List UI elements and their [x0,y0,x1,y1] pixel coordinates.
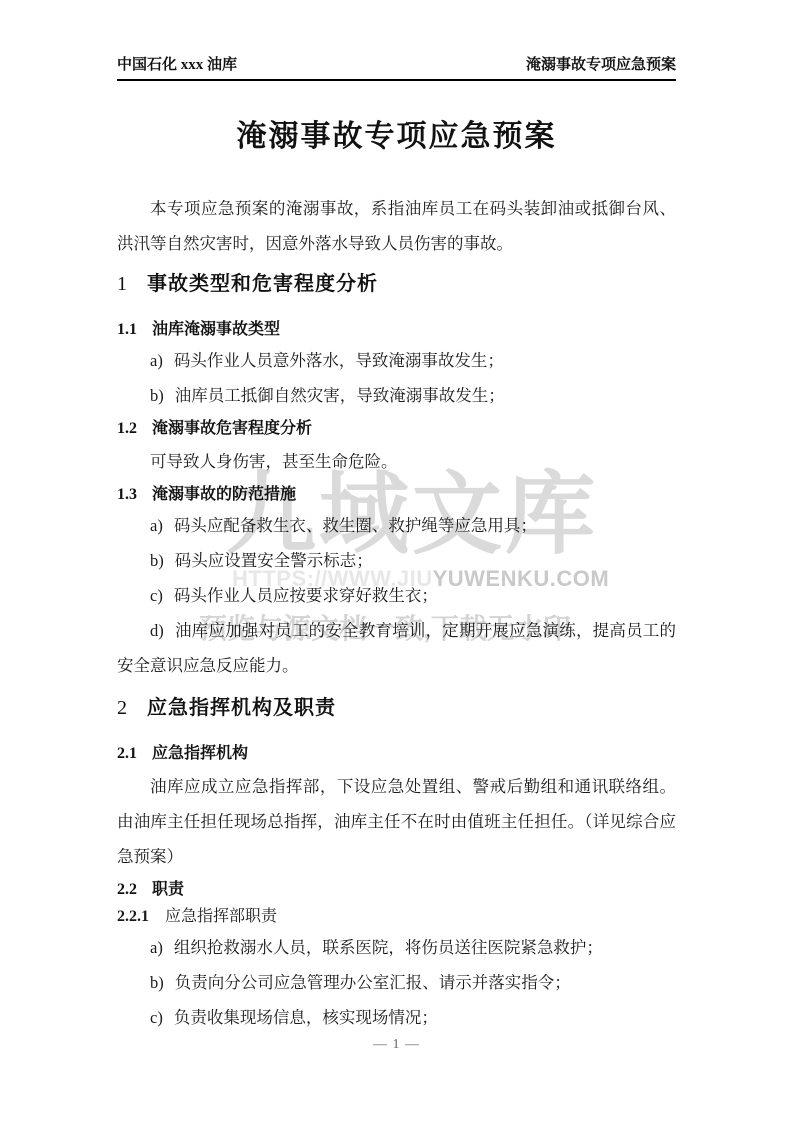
list-item-label: b) [150,551,164,570]
header-company: 中国石化 xxx 油库 [117,55,237,75]
list-item-label: a) [150,938,163,957]
list-item-text: 组织抢救溺水人员，联系医院，将伤员送往医院紧急救护； [174,938,603,957]
list-item-text: 码头作业人员意外落水，导致淹溺事故发生； [174,351,504,370]
list-item: d)油库应加强对员工的安全教育培训，定期开展应急演练，提高员工的安全意识应急反应… [117,613,676,683]
list-item: b)负责向分公司应急管理办公室汇报、请示并落实指令； [117,965,676,1000]
section-1-title: 事故类型和危害程度分析 [147,273,378,295]
list-item-text: 码头作业人员应按要求穿好救生衣； [174,586,438,605]
section-2-number: 2 [117,693,127,724]
list-item-text: 负责向分公司应急管理办公室汇报、请示并落实指令； [175,973,571,992]
section-1-2-heading: 1.2淹溺事故危害程度分析 [117,415,676,442]
list-item-label: d) [150,621,164,640]
section-1-3-title: 淹溺事故的防范措施 [152,486,296,503]
section-2-2-heading: 2.2职责 [117,876,676,903]
list-item: b)码头应设置安全警示标志； [117,543,676,578]
list-item-text: 油库应加强对员工的安全教育培训，定期开展应急演练，提高员工的安全意识应急反应能力… [117,621,676,675]
section-1-2-body: 可导致人身伤害，甚至生命危险。 [117,444,676,479]
document-page: 九域文库 HTTPS://WWW.JIUYUWENKU.COM 预览与源文档一致… [0,0,793,1122]
list-item-label: a) [150,516,163,535]
section-1-heading: 1事故类型和危害程度分析 [117,269,676,300]
section-2-1-heading: 2.1应急指挥机构 [117,740,676,767]
section-2-2-title: 职责 [152,881,184,898]
section-1-2-title: 淹溺事故危害程度分析 [152,420,312,437]
document-title: 淹溺事故专项应急预案 [117,117,676,157]
section-2-2-1-title: 应急指挥部职责 [165,908,277,925]
section-2-2-number: 2.2 [117,876,137,903]
running-header: 中国石化 xxx 油库 淹溺事故专项应急预案 [117,55,676,81]
page-number: — 1 — [0,1036,793,1054]
list-item-text: 码头应配备救生衣、救生圈、救护绳等应急用具； [174,516,537,535]
section-1-1-heading: 1.1油库淹溺事故类型 [117,316,676,343]
section-1-number: 1 [117,269,127,300]
section-1-3-heading: 1.3淹溺事故的防范措施 [117,481,676,508]
list-item-text: 码头应设置安全警示标志； [175,551,373,570]
list-item-label: c) [150,586,163,605]
section-2-1-body: 油库应成立应急指挥部，下设应急处置组、警戒后勤组和通讯联络组。由油库主任担任现场… [117,769,676,874]
list-item-label: b) [150,973,164,992]
list-item-text: 油库员工抵御自然灾害，导致淹溺事故发生； [175,386,505,405]
section-1-2-number: 1.2 [117,415,137,442]
intro-paragraph: 本专项应急预案的淹溺事故，系指油库员工在码头装卸油或抵御台风、洪汛等自然灾害时，… [117,191,676,261]
section-2-1-title: 应急指挥机构 [152,745,248,762]
list-item: c)码头作业人员应按要求穿好救生衣； [117,578,676,613]
section-1-3-number: 1.3 [117,481,137,508]
section-2-2-1-number: 2.2.1 [117,903,149,930]
section-2-2-1-heading: 2.2.1应急指挥部职责 [117,903,676,930]
list-item-label: a) [150,351,163,370]
section-1-1-title: 油库淹溺事故类型 [152,321,280,338]
section-2-1-number: 2.1 [117,740,137,767]
list-item-text: 负责收集现场信息，核实现场情况； [174,1008,438,1027]
header-doc-name: 淹溺事故专项应急预案 [526,55,676,75]
list-item: b)油库员工抵御自然灾害，导致淹溺事故发生； [117,378,676,413]
list-item-label: c) [150,1008,163,1027]
document-content: 中国石化 xxx 油库 淹溺事故专项应急预案 淹溺事故专项应急预案 本专项应急预… [0,0,793,1035]
section-1-1-number: 1.1 [117,316,137,343]
list-item: c)负责收集现场信息，核实现场情况； [117,1000,676,1035]
list-item: a)码头作业人员意外落水，导致淹溺事故发生； [117,343,676,378]
list-item-label: b) [150,386,164,405]
list-item: a)组织抢救溺水人员，联系医院，将伤员送往医院紧急救护； [117,930,676,965]
section-2-title: 应急指挥机构及职责 [147,697,336,719]
section-2-heading: 2应急指挥机构及职责 [117,693,676,724]
list-item: a)码头应配备救生衣、救生圈、救护绳等应急用具； [117,508,676,543]
